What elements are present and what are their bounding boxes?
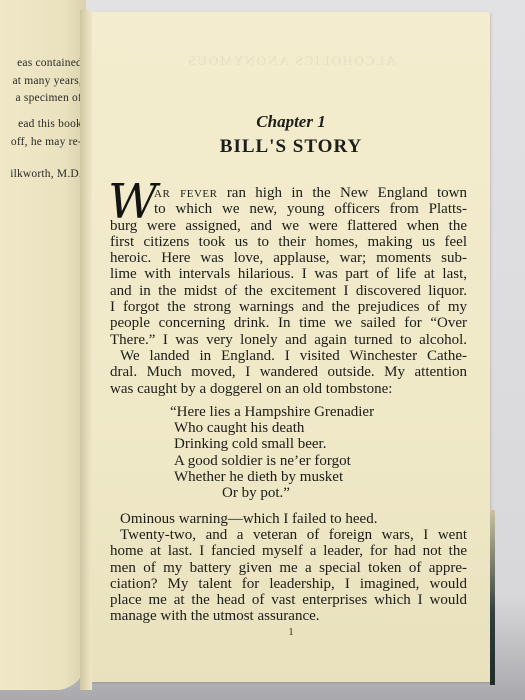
opening-lines: W ar fever ran high in the New England t… [110, 185, 467, 218]
chapter-title: BILL'S STORY [92, 136, 490, 158]
page-number: 1 [92, 627, 490, 638]
text-line: We landed in England. I visited Winchest… [110, 348, 467, 364]
poem-line: Who caught his death [170, 420, 467, 436]
left-page: eas contained at many years, a specimen … [0, 0, 86, 690]
poem-line: Or by pot.” [170, 485, 467, 501]
text-line: I forgot the strong warnings and the pre… [110, 299, 467, 315]
drop-cap: W [108, 179, 157, 225]
left-page-line: a specimen of [16, 92, 82, 104]
left-page-line: ead this book [18, 118, 82, 130]
left-page-line: off, he may re- [11, 136, 82, 148]
text-line: first citizens took us to their homes, m… [110, 234, 467, 250]
text-line: heroic. Here was love, applause, war; mo… [110, 250, 467, 266]
right-page: ALCOHOLICS ANONYMOUS Chapter 1 BILL'S ST… [92, 12, 490, 682]
text-line: dral. Much moved, I wandered outside. My… [110, 364, 467, 380]
poem-line: Whether he dieth by musket [170, 469, 467, 485]
left-page-signature: ilkworth, M.D. [10, 168, 82, 180]
book-gutter [80, 10, 92, 690]
text-line: to which we new, young officers from Pla… [154, 201, 467, 217]
text-line: people concerning drink. In time we sail… [110, 315, 467, 331]
left-page-line: at many years, [12, 75, 82, 87]
text-line: manage with the utmost assurance. [110, 608, 467, 624]
text-line: ciation? My talent for leadership, I ima… [110, 576, 467, 592]
chapter-label: Chapter 1 [92, 112, 490, 132]
left-page-line: eas contained [17, 57, 82, 69]
book-cover-edge [490, 510, 495, 685]
text-line: place me at the head of vast enterprises… [110, 592, 467, 608]
text-line: and in the midst of the excitement I dis… [110, 283, 467, 299]
text-line: Twenty-two, and a veteran of foreign war… [110, 527, 467, 543]
text-line: was caught by a doggerel on an old tombs… [110, 381, 467, 397]
chapter-body: W ar fever ran high in the New England t… [110, 185, 467, 625]
small-caps-lead: ar fever [154, 185, 217, 201]
text-line: lime with intervals hilarious. I was par… [110, 266, 467, 282]
poem-line: Drinking cold small beer. [170, 436, 467, 452]
text-line: burg were assigned, and we were flattere… [110, 218, 467, 234]
text-line: men of my battery given me a special tok… [110, 560, 467, 576]
text-line: ran high in the New England town [217, 185, 467, 201]
tombstone-poem: “Here lies a Hampshire Grenadier Who cau… [110, 404, 467, 502]
text-line: home at last. I fancied myself a leader,… [110, 543, 467, 559]
poem-line: A good soldier is ne’er forgot [170, 453, 467, 469]
poem-line: “Here lies a Hampshire Grenadier [170, 404, 467, 420]
text-line: Ominous warning—which I failed to heed. [110, 511, 467, 527]
text-line: There.” I was very lonely and again turn… [110, 332, 467, 348]
